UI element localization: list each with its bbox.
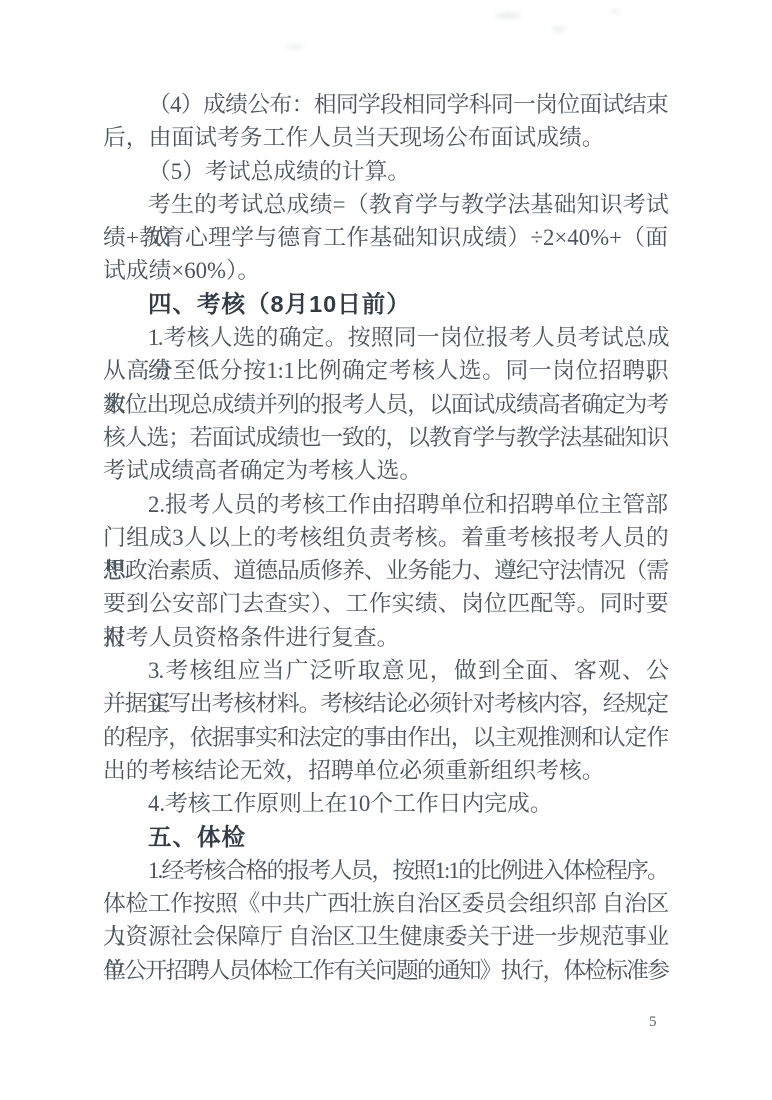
text-line: 后，由面试考务工作人员当天现场公布面试成绩。 [103, 121, 668, 154]
text-line: 位公开招聘人员体检工作有关问题的通知》执行，体检标准参 [103, 954, 668, 987]
text-line: 考试成绩高者确定为考核人选。 [103, 454, 668, 487]
text-line: 考生的考试总成绩=（教育学与教学法基础知识考试成 [103, 188, 668, 221]
text-line: 1.经考核合格的报考人员，按照1:1的比例进入体检程序。 [103, 854, 668, 887]
text-line: （5）考试总成绩的计算。 [103, 155, 668, 188]
scan-smudge [495, 12, 521, 19]
text-line: 四、考核（8月10日前） [103, 288, 668, 321]
text-line: 门组成3人以上的考核组负责考核。着重考核报考人员的思 [103, 521, 668, 554]
scan-smudge [610, 9, 619, 14]
text-line: 的程序，依据事实和法定的事由作出，以主观推测和认定作 [103, 721, 668, 754]
text-line: 试成绩×60%）。 [103, 254, 668, 287]
text-line: 从高分至低分按1:1比例确定考核人选。同一岗位招聘职数 [103, 354, 668, 387]
text-line: 并据实写出考核材料。考核结论必须针对考核内容，经规定 [103, 687, 668, 720]
text-line: 绩+教育心理学与德育工作基础知识成绩）÷2×40%+（面 [103, 221, 668, 254]
text-line: 出的考核结论无效，招聘单位必须重新组织考核。 [103, 754, 668, 787]
scan-smudge [552, 26, 566, 32]
text-line: 末位出现总成绩并列的报考人员，以面试成绩高者确定为考 [103, 388, 668, 421]
text-line: 体检工作按照《中共广西壮族自治区委员会组织部 自治区人 [103, 887, 668, 920]
text-line: 报考人员资格条件进行复查。 [103, 621, 668, 654]
text-line: 核人选；若面试成绩也一致的，以教育学与教学法基础知识 [103, 421, 668, 454]
text-line: 想政治素质、道德品质修养、业务能力、遵纪守法情况（需 [103, 554, 668, 587]
text-line: 力资源社会保障厅 自治区卫生健康委关于进一步规范事业单 [103, 920, 668, 953]
document-text-block: （4）成绩公布：相同学段相同学科同一岗位面试结束后，由面试考务工作人员当天现场公… [103, 88, 668, 987]
text-line: 4.考核工作原则上在10个工作日内完成。 [103, 787, 668, 820]
page-number: 5 [649, 1014, 657, 1031]
scanned-document-page: （4）成绩公布：相同学段相同学科同一岗位面试结束后，由面试考务工作人员当天现场公… [0, 0, 772, 1100]
text-line: 2.报考人员的考核工作由招聘单位和招聘单位主管部 [103, 488, 668, 521]
scan-smudge [286, 44, 304, 49]
text-line: 3.考核组应当广泛听取意见，做到全面、客观、公正， [103, 654, 668, 687]
text-line: （4）成绩公布：相同学段相同学科同一岗位面试结束 [103, 88, 668, 121]
text-line: 1.考核人选的确定。按照同一岗位报考人员考试总成绩， [103, 321, 668, 354]
text-line: 要到公安部门去查实）、工作实绩、岗位匹配等。同时要对 [103, 587, 668, 620]
text-line: 五、体检 [103, 821, 668, 854]
